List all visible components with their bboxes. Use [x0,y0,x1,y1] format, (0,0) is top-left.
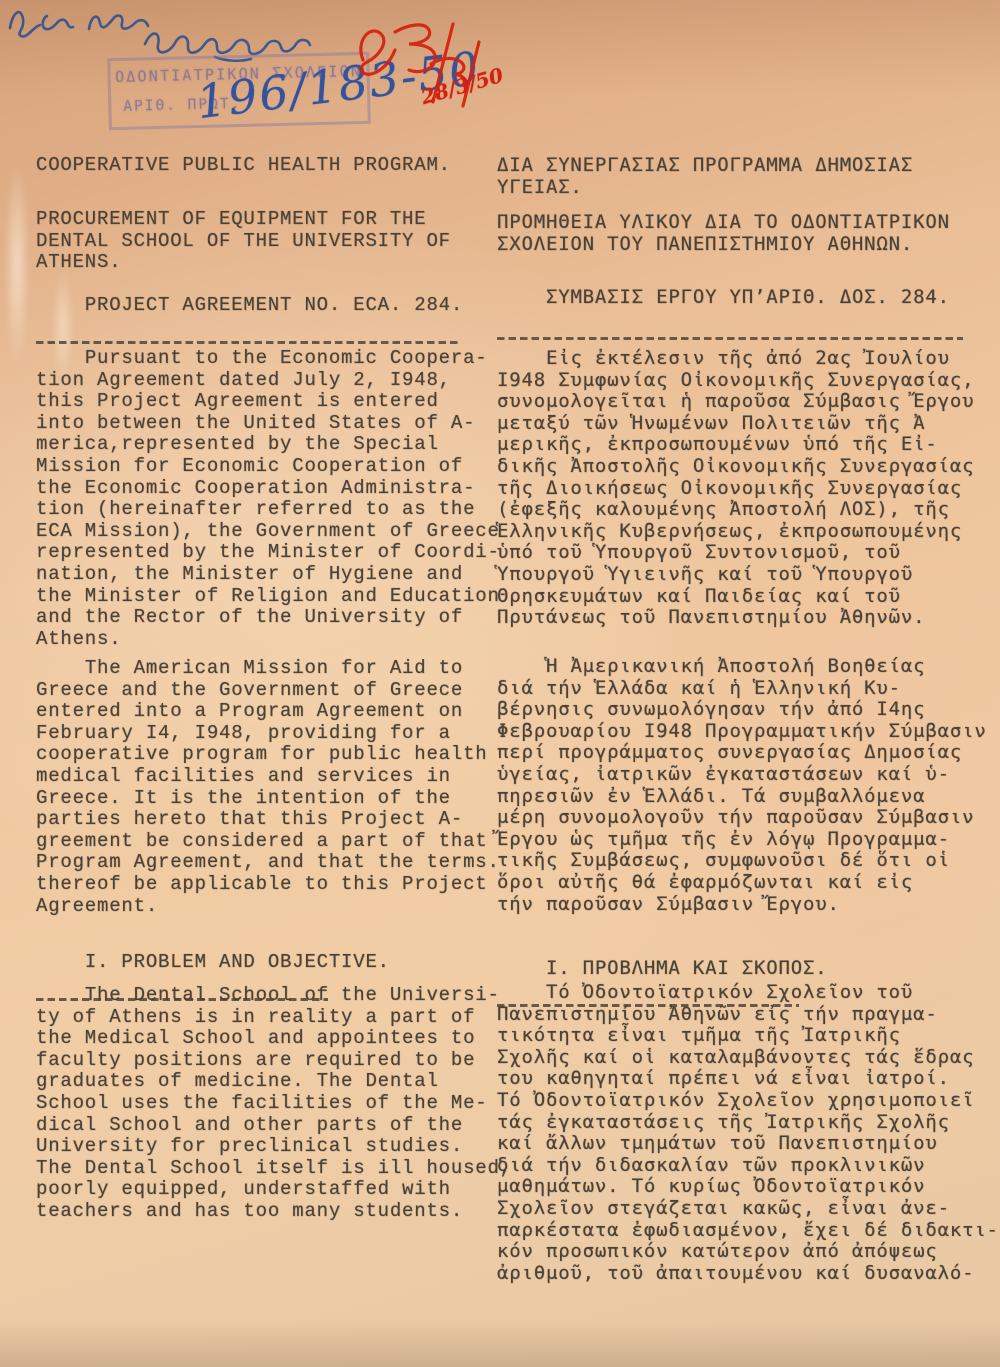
subtitle-greek: ΠΡΟΜΗΘΕΙΑ ΥΛΙΚΟΥ ΔΙΑ ΤΟ ΟΔΟΝΤΙΑΤΡΙΚΟΝ ΣΧ… [497,212,997,255]
agreement-number-greek: ΣΥΜΒΑΣΙΣ ΕΡΓΟΥ ΥΠ’ΑΡΙΘ. ΔΟΣ. 284. [546,286,950,308]
title-greek: ΔΙΑ ΣΥΝΕΡΓΑΣΙΑΣ ΠΡΟΓΡΑΜΜΑ ΔΗΜΟΣΙΑΣ ΥΓΕΙΑ… [497,155,997,198]
section-heading-greek: Ι. ΠΡΟΒΛΗΜΑ ΚΑΙ ΣΚΟΠΟΣ. [546,957,828,979]
paragraph-greek-2: Ἡ Ἀμερικανική Ἀποστολή Βοηθείας διά τήν … [497,656,999,915]
title-english: COOPERATIVE PUBLIC HEALTH PROGRAM. [36,155,516,177]
paragraph-english-3: The Dental School of the Universi- ty of… [36,985,518,1223]
dashed-underline [497,337,963,340]
agreement-number-english: PROJECT AGREEMENT NO. ECA. 284. [85,294,463,316]
paragraph-english-2: The American Mission for Aid to Greece a… [36,658,518,917]
paper-scratch [4,160,30,370]
section-heading-english: I. PROBLEM AND OBJECTIVE. [85,951,390,973]
subtitle-english: PROCUREMENT OF EQUIPMENT FOR THE DENTAL … [36,209,516,274]
paragraph-greek-1: Εἰς ἐκτέλεσιν τῆς ἀπό 2ας Ἰουλίου Ι948 Σ… [497,348,999,629]
paragraph-greek-3: Τό Ὀδοντοϊατρικόν Σχολεῖον τοῦ Πανεπιστη… [497,982,999,1284]
paragraph-english-1: Pursuant to the Economic Coopera- tion A… [36,348,518,650]
dashed-underline [36,341,460,344]
scanned-document-page: ΟΔΟΝΤΙΑΤΡΙΚΟΝ ΣΧΟΛΕΙΟΝ ΑΡΙΘ. ΠΡΩΤ. 196/1… [0,0,1000,1367]
